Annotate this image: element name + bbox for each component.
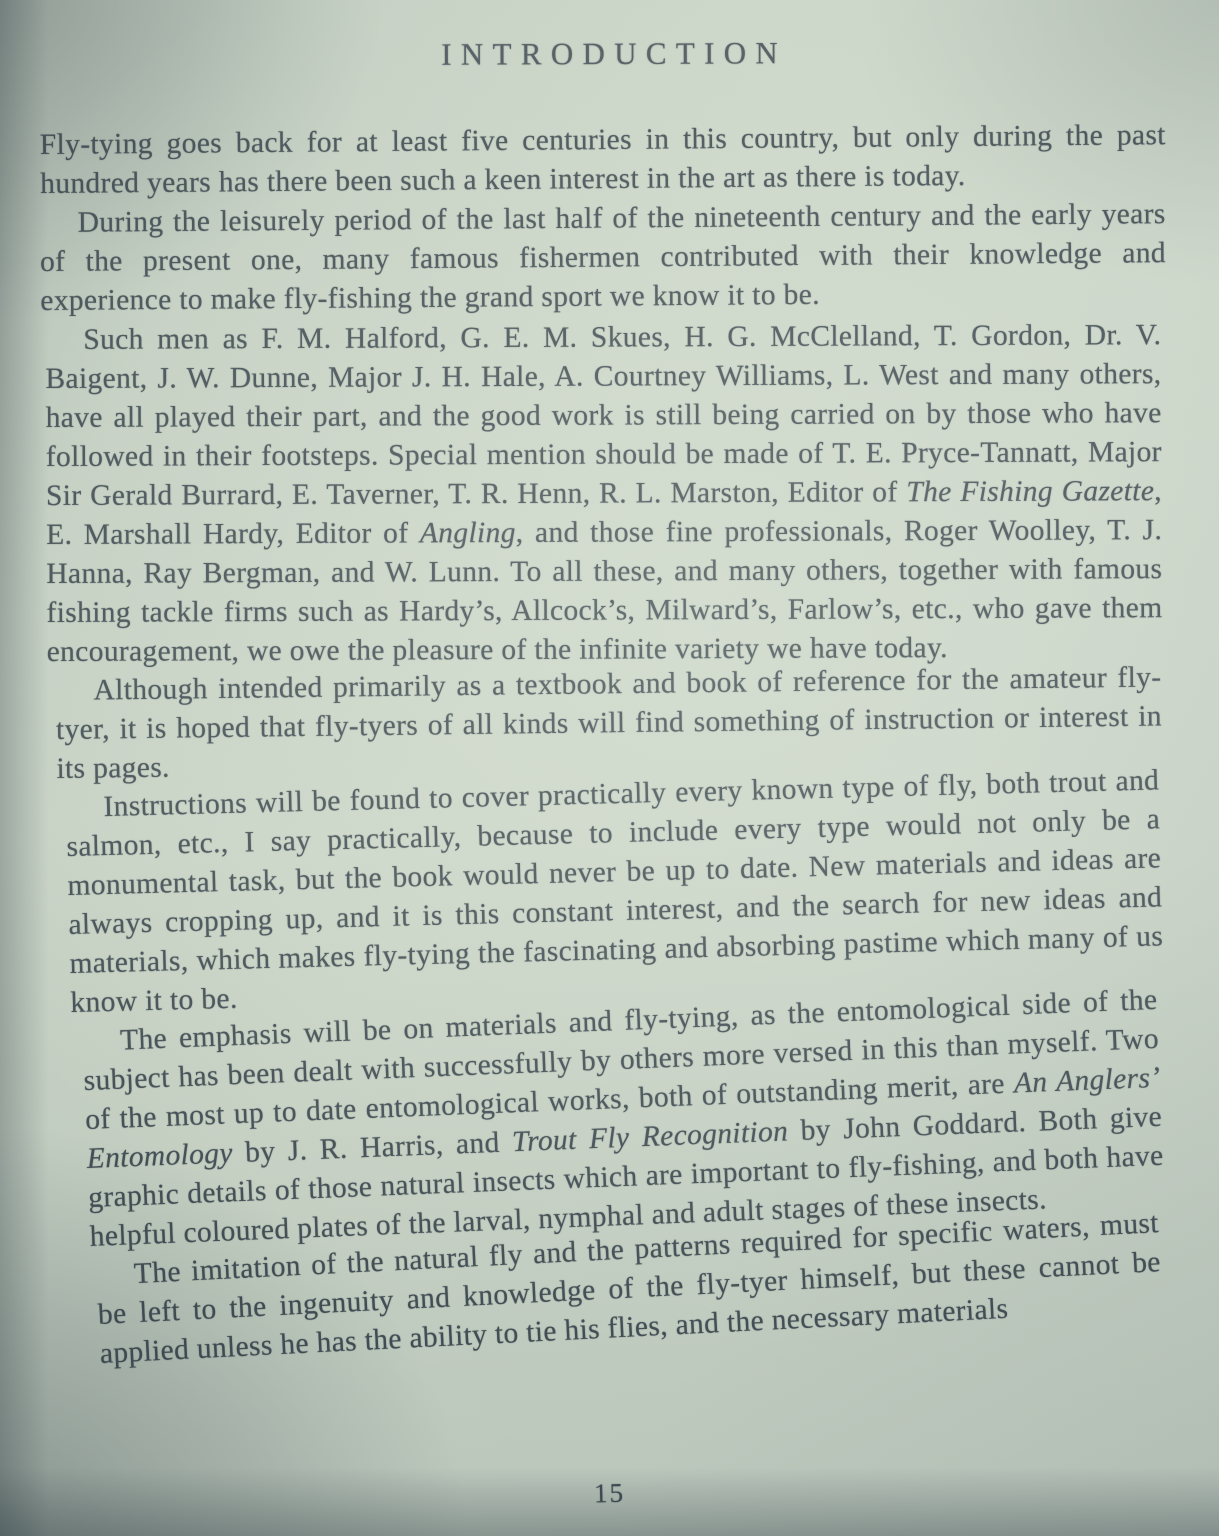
text-segment: by J. R. Harris, and xyxy=(232,1126,513,1169)
italic-fishing-gazette-title: The Fishing Gazette xyxy=(906,475,1154,508)
page-number: 15 xyxy=(0,1463,1219,1524)
paragraph-flytying-history: Fly-tying goes back for at least five ce… xyxy=(40,116,1167,204)
paragraph-famous-fishermen: Such men as F. M. Halford, G. E. M. Skue… xyxy=(45,316,1163,672)
paragraph-leisurely-period: During the leisurely period of the last … xyxy=(40,195,1167,321)
book-page-photo: INTRODUCTION Fly-tying goes back for at … xyxy=(0,0,1219,1536)
paragraph-instructions-coverage: Instructions will be found to cover prac… xyxy=(65,761,1165,1023)
italic-angling-title: Angling xyxy=(420,517,516,549)
italic-trout-fly-recognition-title: Trout Fly Recognition xyxy=(511,1115,788,1158)
body-text: Fly-tying goes back for at least five ce… xyxy=(40,126,1166,1374)
page-title: INTRODUCTION xyxy=(0,33,1219,74)
